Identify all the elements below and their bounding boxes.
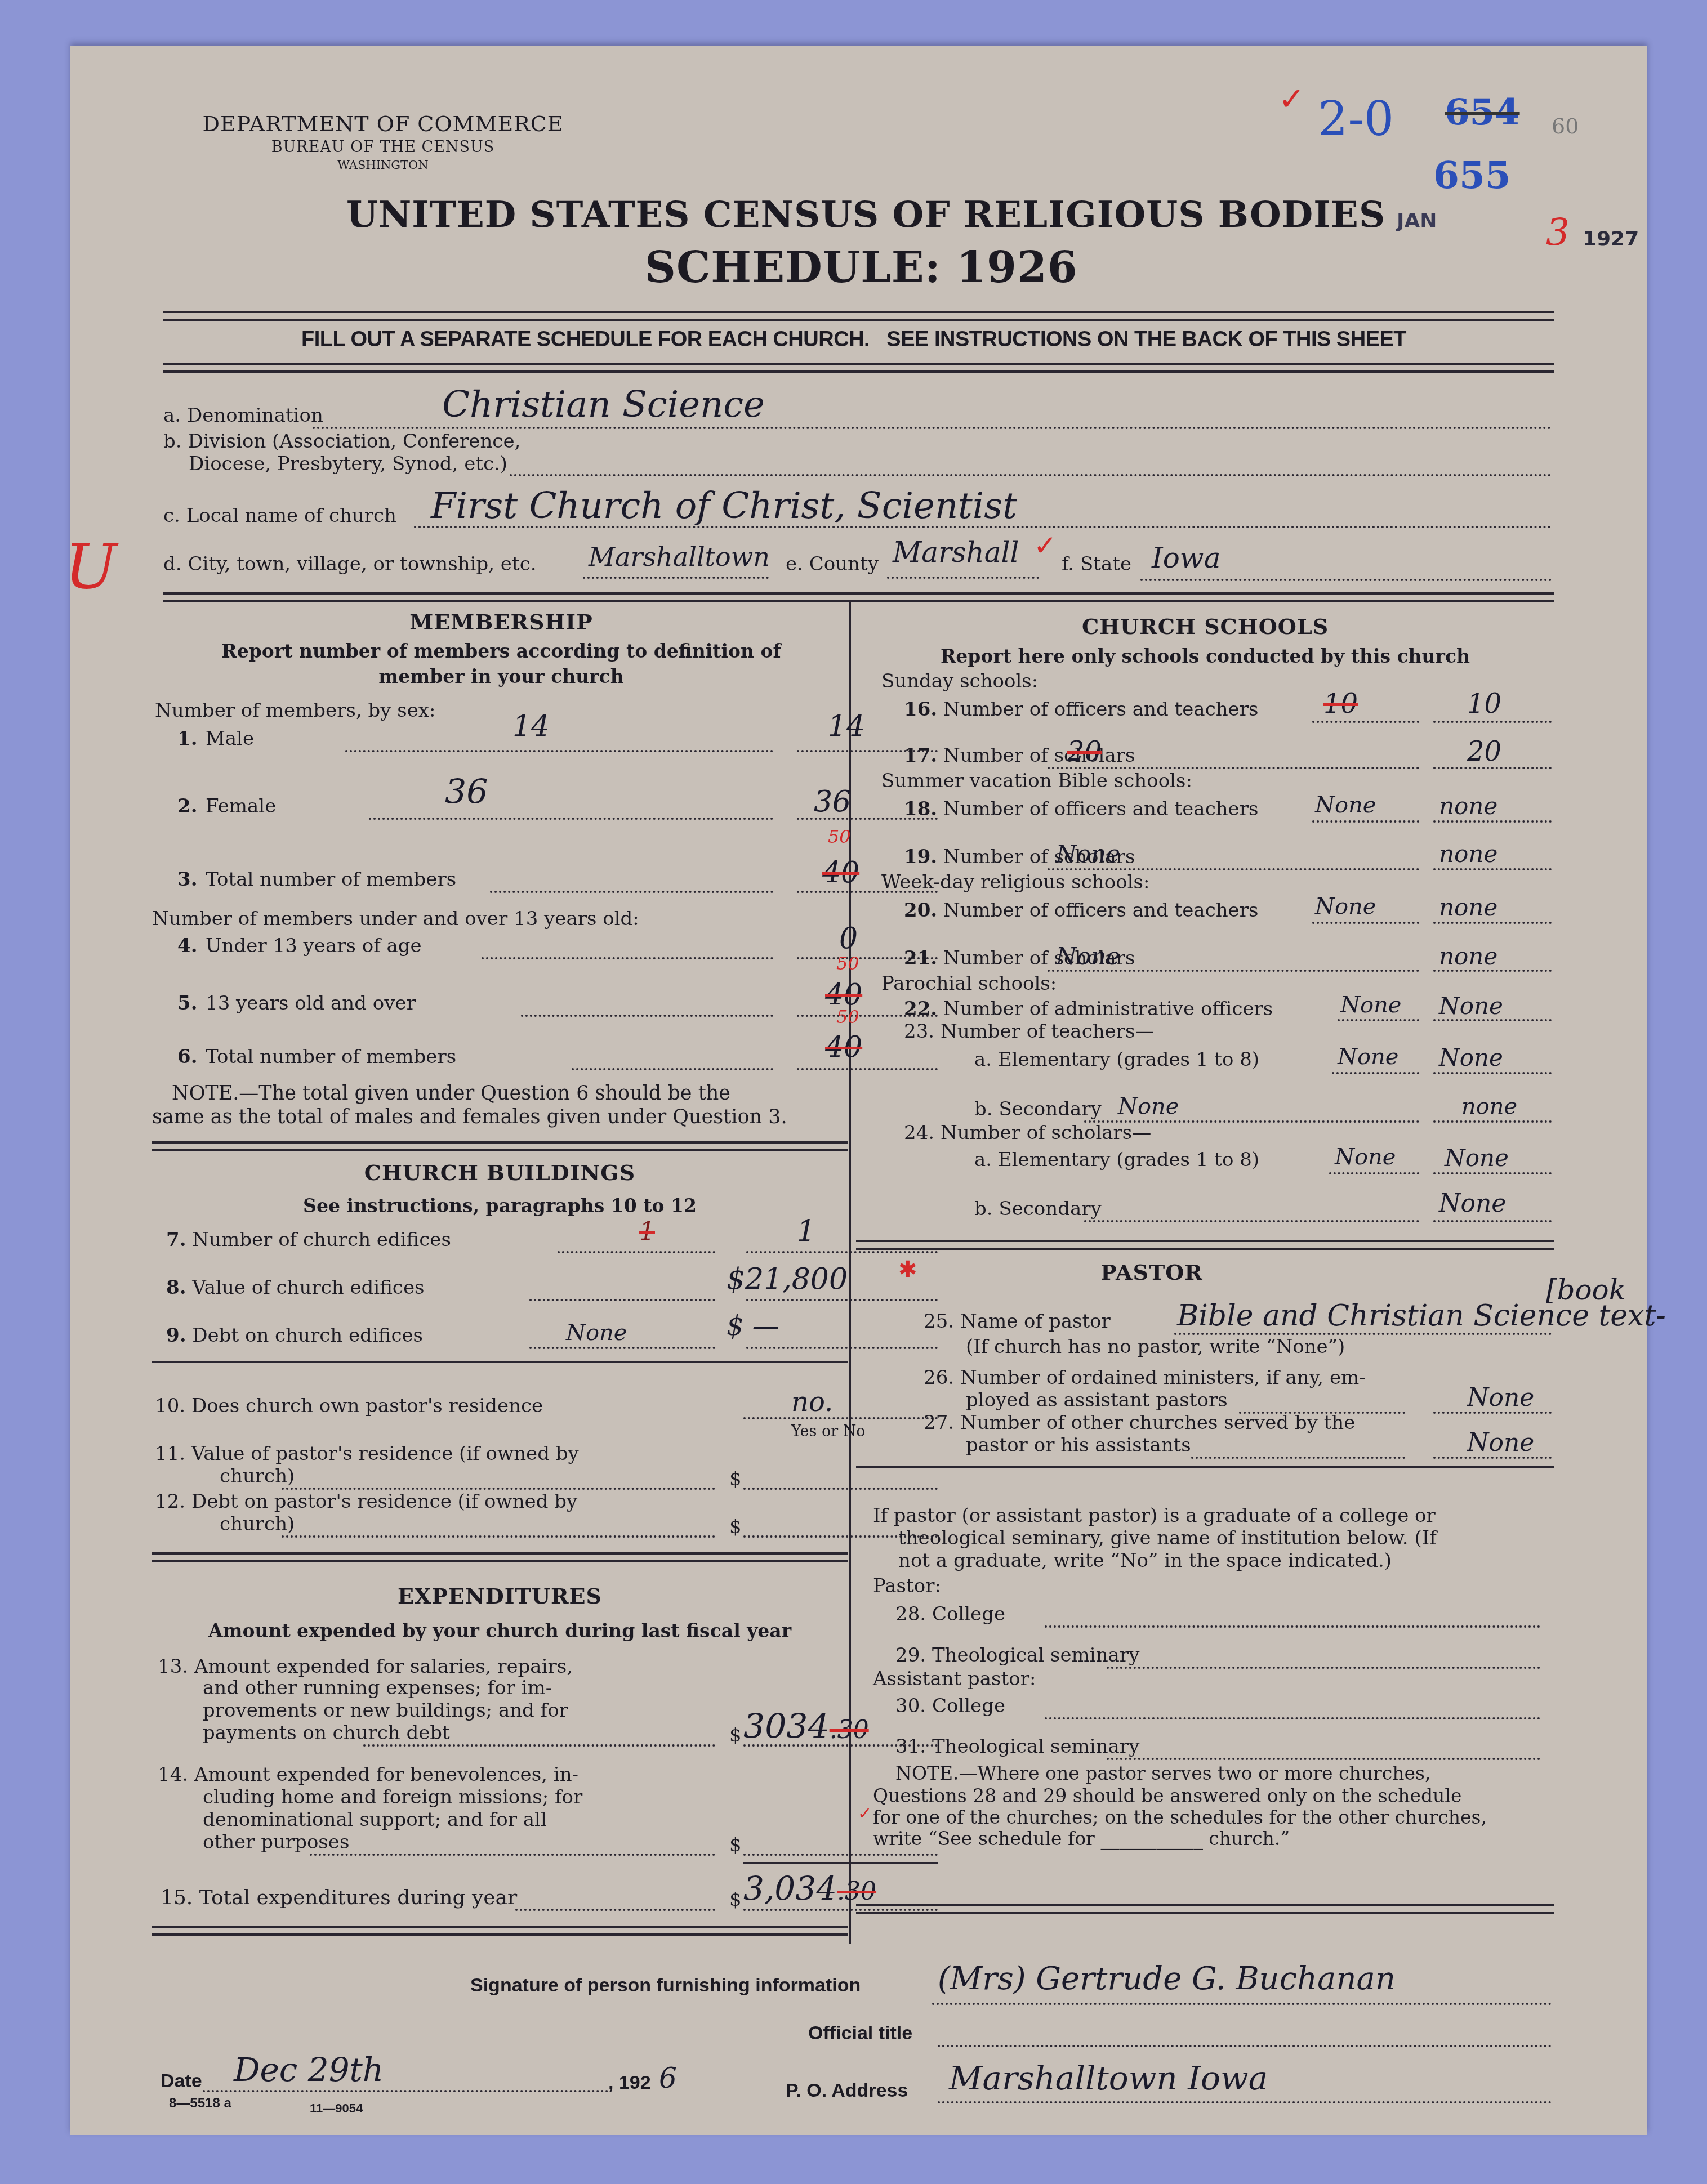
buildings-subtitle: See instructions, paragraphs 10 to 12 [152,1195,848,1217]
city-field[interactable] [583,577,769,579]
q24b-label: b. Secondary [974,1198,1102,1220]
q7-entered-value: 1 [639,1217,655,1246]
q22-entered-field[interactable] [1338,1019,1419,1021]
q1-entered-field[interactable] [345,750,773,752]
schools-double-rule [856,1240,1554,1250]
red-check-icon: ✓ [1278,81,1305,118]
q6-edited-value: 40 [825,1030,862,1064]
division-label-1: b. Division (Association, Conference, [163,430,520,453]
local-name-value: First Church of Christ, Scientist [431,485,1017,527]
q23b-entered-value: None [1118,1093,1179,1119]
q23b-edited-field[interactable] [1433,1120,1552,1123]
date-label: Date [161,2070,202,2092]
q5-label: 13 years old and over [206,992,416,1015]
q8-text: Value of church edifices [192,1276,424,1299]
q31-field[interactable] [1107,1758,1540,1760]
q22-edited-value: None [1439,992,1503,1020]
q2-number: 2. [177,795,198,818]
q2-entered-value: 36 [445,772,488,812]
members-by-age-heading: Number of members under and over 13 year… [152,908,639,930]
state-label: f. State [1062,553,1131,575]
denomination-field[interactable] [313,427,1552,429]
q20-label: 20. Number of officers and teachers [904,899,1258,922]
q23a-entered-field[interactable] [1332,1072,1419,1074]
q18-label: 18. Number of officers and teachers [904,798,1258,820]
official-title-label: Official title [808,2022,912,2044]
q11-edited-field[interactable] [743,1488,938,1490]
q26-label-2: ployed as assistant pastors [966,1389,1228,1412]
division-field[interactable] [510,474,1552,476]
q22-text: Number of administrative officers [943,998,1273,1020]
dept-name: DEPARTMENT OF COMMERCE [172,111,594,136]
q9-text: Debt on church edifices [192,1324,423,1347]
q24a-label: a. Elementary (grades 1 to 8) [974,1149,1259,1171]
county-field[interactable] [887,577,1039,579]
q6-edited-field[interactable] [797,1068,938,1070]
q9-entered-field[interactable] [529,1347,715,1349]
q23b-label: b. Secondary [974,1098,1102,1120]
pastor-double-rule [856,1904,1554,1914]
q8-edited-field[interactable] [746,1299,938,1301]
form-title: UNITED STATES CENSUS OF RELIGIOUS BODIES [346,194,1385,236]
q7-label: 7. Number of church edifices [166,1229,451,1251]
q1-entered-value: 14 [512,709,550,743]
q24b-edited-field[interactable] [1433,1220,1552,1222]
membership-title: MEMBERSHIP [163,609,839,635]
po-address-field[interactable] [938,2101,1552,2103]
q26-value: None [1467,1383,1534,1412]
received-stamp-year: 1927 [1583,227,1639,251]
q20-entered-field[interactable] [1312,922,1419,924]
q8-edited-value: $21,800 [727,1262,848,1296]
q13-cents: .30 [830,1716,869,1744]
q14-line-1: 14. Amount expended for benevolences, in… [158,1763,578,1786]
division-label-2: Diocese, Presbytery, Synod, etc.) [189,453,507,475]
q1-number: 1. [177,727,198,750]
q29-field[interactable] [1107,1667,1540,1669]
q24a-edited-field[interactable] [1433,1172,1552,1174]
q22-entered-value: None [1340,992,1402,1018]
pencil-note: 60 [1552,114,1579,139]
q30-label: 30. College [895,1695,1005,1717]
local-name-label: c. Local name of church [163,504,396,527]
census-schedule-page: DEPARTMENT OF COMMERCE BUREAU OF THE CEN… [70,46,1647,2135]
form-code-2: 11—9054 [310,2101,363,2116]
q18-number: 18. [904,798,937,820]
q29-label: 29. Theological seminary [895,1644,1139,1667]
q28-field[interactable] [1045,1625,1540,1628]
q5-entered-field[interactable] [521,1015,773,1017]
q6-correction-value: 50 [836,1006,859,1028]
q7-edited-value: 1 [797,1214,815,1248]
q21-entered-value: None [1056,943,1120,970]
q2-entered-field[interactable] [369,818,773,820]
city-label: d. City, town, village, or township, etc… [163,553,537,575]
q7-entered-field[interactable] [558,1251,715,1253]
q18-text: Number of officers and teachers [943,798,1258,820]
received-stamp-day: 3 [1546,211,1570,254]
q3-number: 3. [177,868,198,891]
q4-number: 4. [177,935,198,957]
instruction-double-rule [163,363,1554,373]
graduate-instruction-3: not a graduate, write “No” in the space … [898,1549,1392,1572]
q10-hint: Yes or No [791,1423,866,1440]
q13-value: 3034.30 [743,1707,869,1747]
q23b-edited-value: none [1461,1093,1517,1119]
q27-entered-field[interactable] [1191,1457,1405,1459]
q17-entered-value: 20 [1067,736,1102,767]
q22-number: 22. [904,998,937,1020]
q2-label: Female [206,795,276,818]
file-number-handwritten: 2-0 [1318,91,1394,146]
q19-entered-value: None [1056,840,1120,868]
assistant-pastor-heading: Assistant pastor: [873,1668,1036,1690]
q27-value: None [1467,1428,1534,1457]
q17-entered-field[interactable] [1048,767,1419,769]
q14-line-3: denominational support; and for all [203,1808,547,1831]
schools-title: CHURCH SCHOOLS [856,614,1554,639]
margin-mark-u: U [65,530,117,602]
bureau-name: BUREAU OF THE CENSUS [172,139,594,156]
q9-edited-value: $ — [727,1310,779,1342]
q17-edited-value: 20 [1467,736,1501,767]
q16-entered-field[interactable] [1312,721,1419,723]
q21-edited-value: none [1439,943,1497,970]
pastor-heading: Pastor: [873,1575,941,1597]
state-value: Iowa [1152,542,1220,574]
membership-double-rule [152,1141,848,1151]
form-code-1: 8—5518 a [169,2096,231,2111]
q16-edited-field[interactable] [1433,721,1552,723]
q13-line-1: 13. Amount expended for salaries, repair… [158,1655,573,1678]
q16-entered-value: 10 [1323,688,1358,720]
q9-edited-field[interactable] [746,1347,938,1349]
q20-edited-value: none [1439,894,1497,921]
q3-label: Total number of members [206,868,456,891]
department-header: DEPARTMENT OF COMMERCE BUREAU OF THE CEN… [172,111,594,172]
q14-dollar-sign: $ [729,1834,742,1856]
q17-text: Number of scholars [943,744,1135,767]
q25-field[interactable] [1174,1333,1552,1335]
q24-label: 24. Number of scholars— [904,1122,1151,1144]
q21-number: 21. [904,947,937,970]
q9-label: 9. Debt on church edifices [166,1324,423,1347]
q12-label-1: 12. Debt on pastor's residence (if owned… [155,1490,577,1513]
weekday-schools-heading: Week-day religious schools: [881,871,1149,894]
q6-label: Total number of members [206,1046,456,1068]
expenditures-double-rule [152,1926,848,1936]
q10-value: no. [791,1386,833,1418]
q20-text: Number of officers and teachers [943,899,1258,922]
q6-entered-field[interactable] [572,1068,773,1070]
q11-entered-field[interactable] [282,1488,715,1490]
state-field[interactable] [1140,579,1552,581]
q20-entered-value: None [1315,894,1376,919]
q12-label-2: church) [220,1513,295,1535]
q16-label: 16. Number of officers and teachers [904,698,1258,721]
header-double-rule [163,311,1554,321]
sunday-schools-heading: Sunday schools: [881,670,1038,693]
membership-subtitle-2: member in your church [163,666,839,687]
q8-entered-field[interactable] [529,1299,715,1301]
q12-entered-field[interactable] [282,1535,715,1538]
date-value: Dec 29th [234,2051,384,2089]
q13-entered-field[interactable] [363,1744,715,1747]
q7-text: Number of church edifices [192,1229,451,1251]
pastor-note-3: for one of the churches; on the schedule… [873,1806,1487,1828]
pastor-note-4: write “See schedule for ___________ chur… [873,1828,1290,1850]
q4-edited-value: 0 [839,922,858,955]
q18-edited-value: none [1439,792,1497,820]
date-year-suffix: 6 [659,2062,677,2094]
q3-entered-field[interactable] [490,891,773,893]
summer-schools-heading: Summer vacation Bible schools: [881,770,1192,792]
q16-edited-value: 10 [1467,688,1501,720]
membership-note-2: same as the total of males and females g… [152,1106,787,1128]
q20-number: 20. [904,899,937,922]
q15-cents: .30 [837,1877,876,1906]
date-field[interactable] [203,2090,608,2092]
q8-label: 8. Value of church edifices [166,1276,424,1299]
q2-edited-value: 36 [814,785,851,819]
pastor-note-2: Questions 28 and 29 should be answered o… [873,1785,1461,1807]
q25-label: 25. Name of pastor [924,1310,1111,1333]
pastor-title: PASTOR [856,1260,1447,1285]
red-check-county-icon: ✓ [1033,529,1057,562]
q24a-entered-field[interactable] [1329,1172,1419,1174]
date-year-prefix: , 192 [608,2072,651,2094]
q24b-edited-value: None [1439,1189,1506,1218]
po-address-value: Marshalltown Iowa [949,2059,1268,2097]
q16-text: Number of officers and teachers [943,698,1258,721]
q14-edited-field[interactable] [743,1854,938,1856]
stamp-number: 655 [1433,153,1511,197]
county-label: e. County [786,553,879,575]
q1-label: Male [206,727,254,750]
q18-entered-value: None [1315,792,1376,818]
q5-number: 5. [177,992,198,1015]
q28-label: 28. College [895,1603,1005,1625]
q19-entered-field[interactable] [1048,868,1419,870]
q20-edited-field[interactable] [1433,922,1552,924]
q26-label-1: 26. Number of ordained ministers, if any… [924,1366,1366,1389]
q19-edited-value: none [1439,840,1497,868]
county-value: Marshall [893,536,1019,569]
q6-number: 6. [177,1046,198,1068]
q27-label-1: 27. Number of other churches served by t… [924,1412,1355,1434]
q7-number: 7. [166,1229,186,1251]
official-title-field[interactable] [938,2045,1552,2047]
q16-number: 16. [904,698,937,721]
q13-line-4: payments on church debt [203,1722,450,1744]
q15-dollars: 3,034 [743,1869,837,1908]
q23a-edited-field[interactable] [1433,1072,1552,1074]
q14-entered-field[interactable] [310,1854,715,1856]
form-schedule-year: SCHEDULE: 1926 [645,242,1078,292]
q13-dollars: 3034 [743,1707,830,1747]
q13-line-3: provements or new buildings; and for [203,1699,568,1722]
q9-entered-value: None [566,1320,627,1346]
q15-value: 3,034.30 [743,1869,876,1908]
buildings-rule [152,1361,848,1363]
q24a-entered-value: None [1335,1144,1396,1170]
q25-value: Bible and Christian Science text- [1177,1299,1666,1333]
signature-field[interactable] [932,2003,1552,2005]
q11-label-2: church) [220,1465,295,1488]
signature-label: Signature of person furnishing informati… [470,1975,861,1997]
schools-subtitle: Report here only schools conducted by th… [856,645,1554,667]
city-value: Marshalltown [589,542,770,572]
q23a-label: a. Elementary (grades 1 to 8) [974,1048,1259,1071]
fill-instruction: FILL OUT A SEPARATE SCHEDULE FOR EACH CH… [301,328,1406,352]
membership-note-1: NOTE.—The total given under Question 6 s… [172,1082,730,1105]
q22-label: 22. Number of administrative officers [904,998,1273,1020]
membership-subtitle-1: Report number of members according to de… [163,640,839,662]
bureau-city: WASHINGTON [172,158,594,172]
q18-entered-field[interactable] [1312,820,1419,823]
q15-entered-field[interactable] [515,1909,715,1911]
members-by-sex-heading: Number of members, by sex: [155,699,435,722]
q7-edited-field[interactable] [746,1251,938,1253]
q5-correction-value: 50 [836,953,859,974]
q23a-edited-value: None [1439,1044,1503,1071]
q15-dollar-sign: $ [729,1888,742,1911]
parochial-schools-heading: Parochial schools: [881,972,1057,995]
expenditures-subtitle: Amount expended by your church during la… [152,1620,848,1642]
q3-correction-value: 50 [828,826,851,847]
q1-edited-value: 14 [828,709,865,743]
q14-line-2: cluding home and foreign missions; for [203,1786,582,1808]
q9-number: 9. [166,1324,186,1347]
q30-field[interactable] [1045,1717,1540,1719]
q25-hint: (If church has no pastor, write “None”) [966,1336,1345,1358]
q14-line-4: other purposes [203,1831,349,1854]
buildings-double-rule [152,1552,848,1562]
q23a-entered-value: None [1338,1044,1399,1070]
q3-edited-value: 40 [822,856,859,890]
q13-dollar-sign: $ [729,1724,742,1747]
q4-label: Under 13 years of age [206,935,422,957]
q19-number: 19. [904,846,937,868]
q18-edited-field[interactable] [1433,820,1552,823]
q10-field[interactable] [743,1417,938,1419]
graduate-instruction-2: theological seminary, give name of insti… [898,1527,1437,1549]
q10-label: 10. Does church own pastor's residence [155,1395,543,1417]
denomination-label: a. Denomination [163,404,323,427]
signature-value: (Mrs) Gertrude G. Buchanan [938,1960,1396,1997]
q17-number: 17. [904,744,937,767]
received-stamp-month: JAN [1397,209,1437,233]
q15-label: 15. Total expenditures during year [161,1886,517,1909]
q13-line-2: and other running expenses; for im- [203,1677,552,1699]
denomination-value: Christian Science [442,384,765,426]
q11-label-1: 11. Value of pastor's residence (if owne… [155,1442,579,1465]
crossed-out-stamp-number: 654 [1445,91,1520,133]
q19-edited-field[interactable] [1433,868,1552,870]
q4-entered-field[interactable] [482,957,773,959]
q31-label: 31. Theological seminary [895,1735,1139,1758]
pastor-note-1: NOTE.—Where one pastor serves two or mor… [895,1762,1431,1784]
q27-label-2: pastor or his assistants [966,1434,1191,1457]
q12-value: $ [729,1516,742,1538]
graduate-instruction-1: If pastor (or assistant pastor) is a gra… [873,1504,1436,1527]
expenditures-title: EXPENDITURES [152,1583,848,1609]
identification-double-rule [163,592,1554,602]
red-check-note-icon: ✓ [858,1804,872,1824]
po-address-label: P. O. Address [786,2080,908,2102]
q24b-entered-field[interactable] [1084,1220,1419,1222]
pastor-rule [856,1466,1554,1468]
q11-value: $ [729,1468,742,1490]
q24a-edited-value: None [1445,1144,1509,1172]
q8-number: 8. [166,1276,186,1299]
q23-label: 23. Number of teachers— [904,1020,1154,1043]
buildings-title: CHURCH BUILDINGS [152,1160,848,1185]
q14-total-rule [743,1862,938,1864]
